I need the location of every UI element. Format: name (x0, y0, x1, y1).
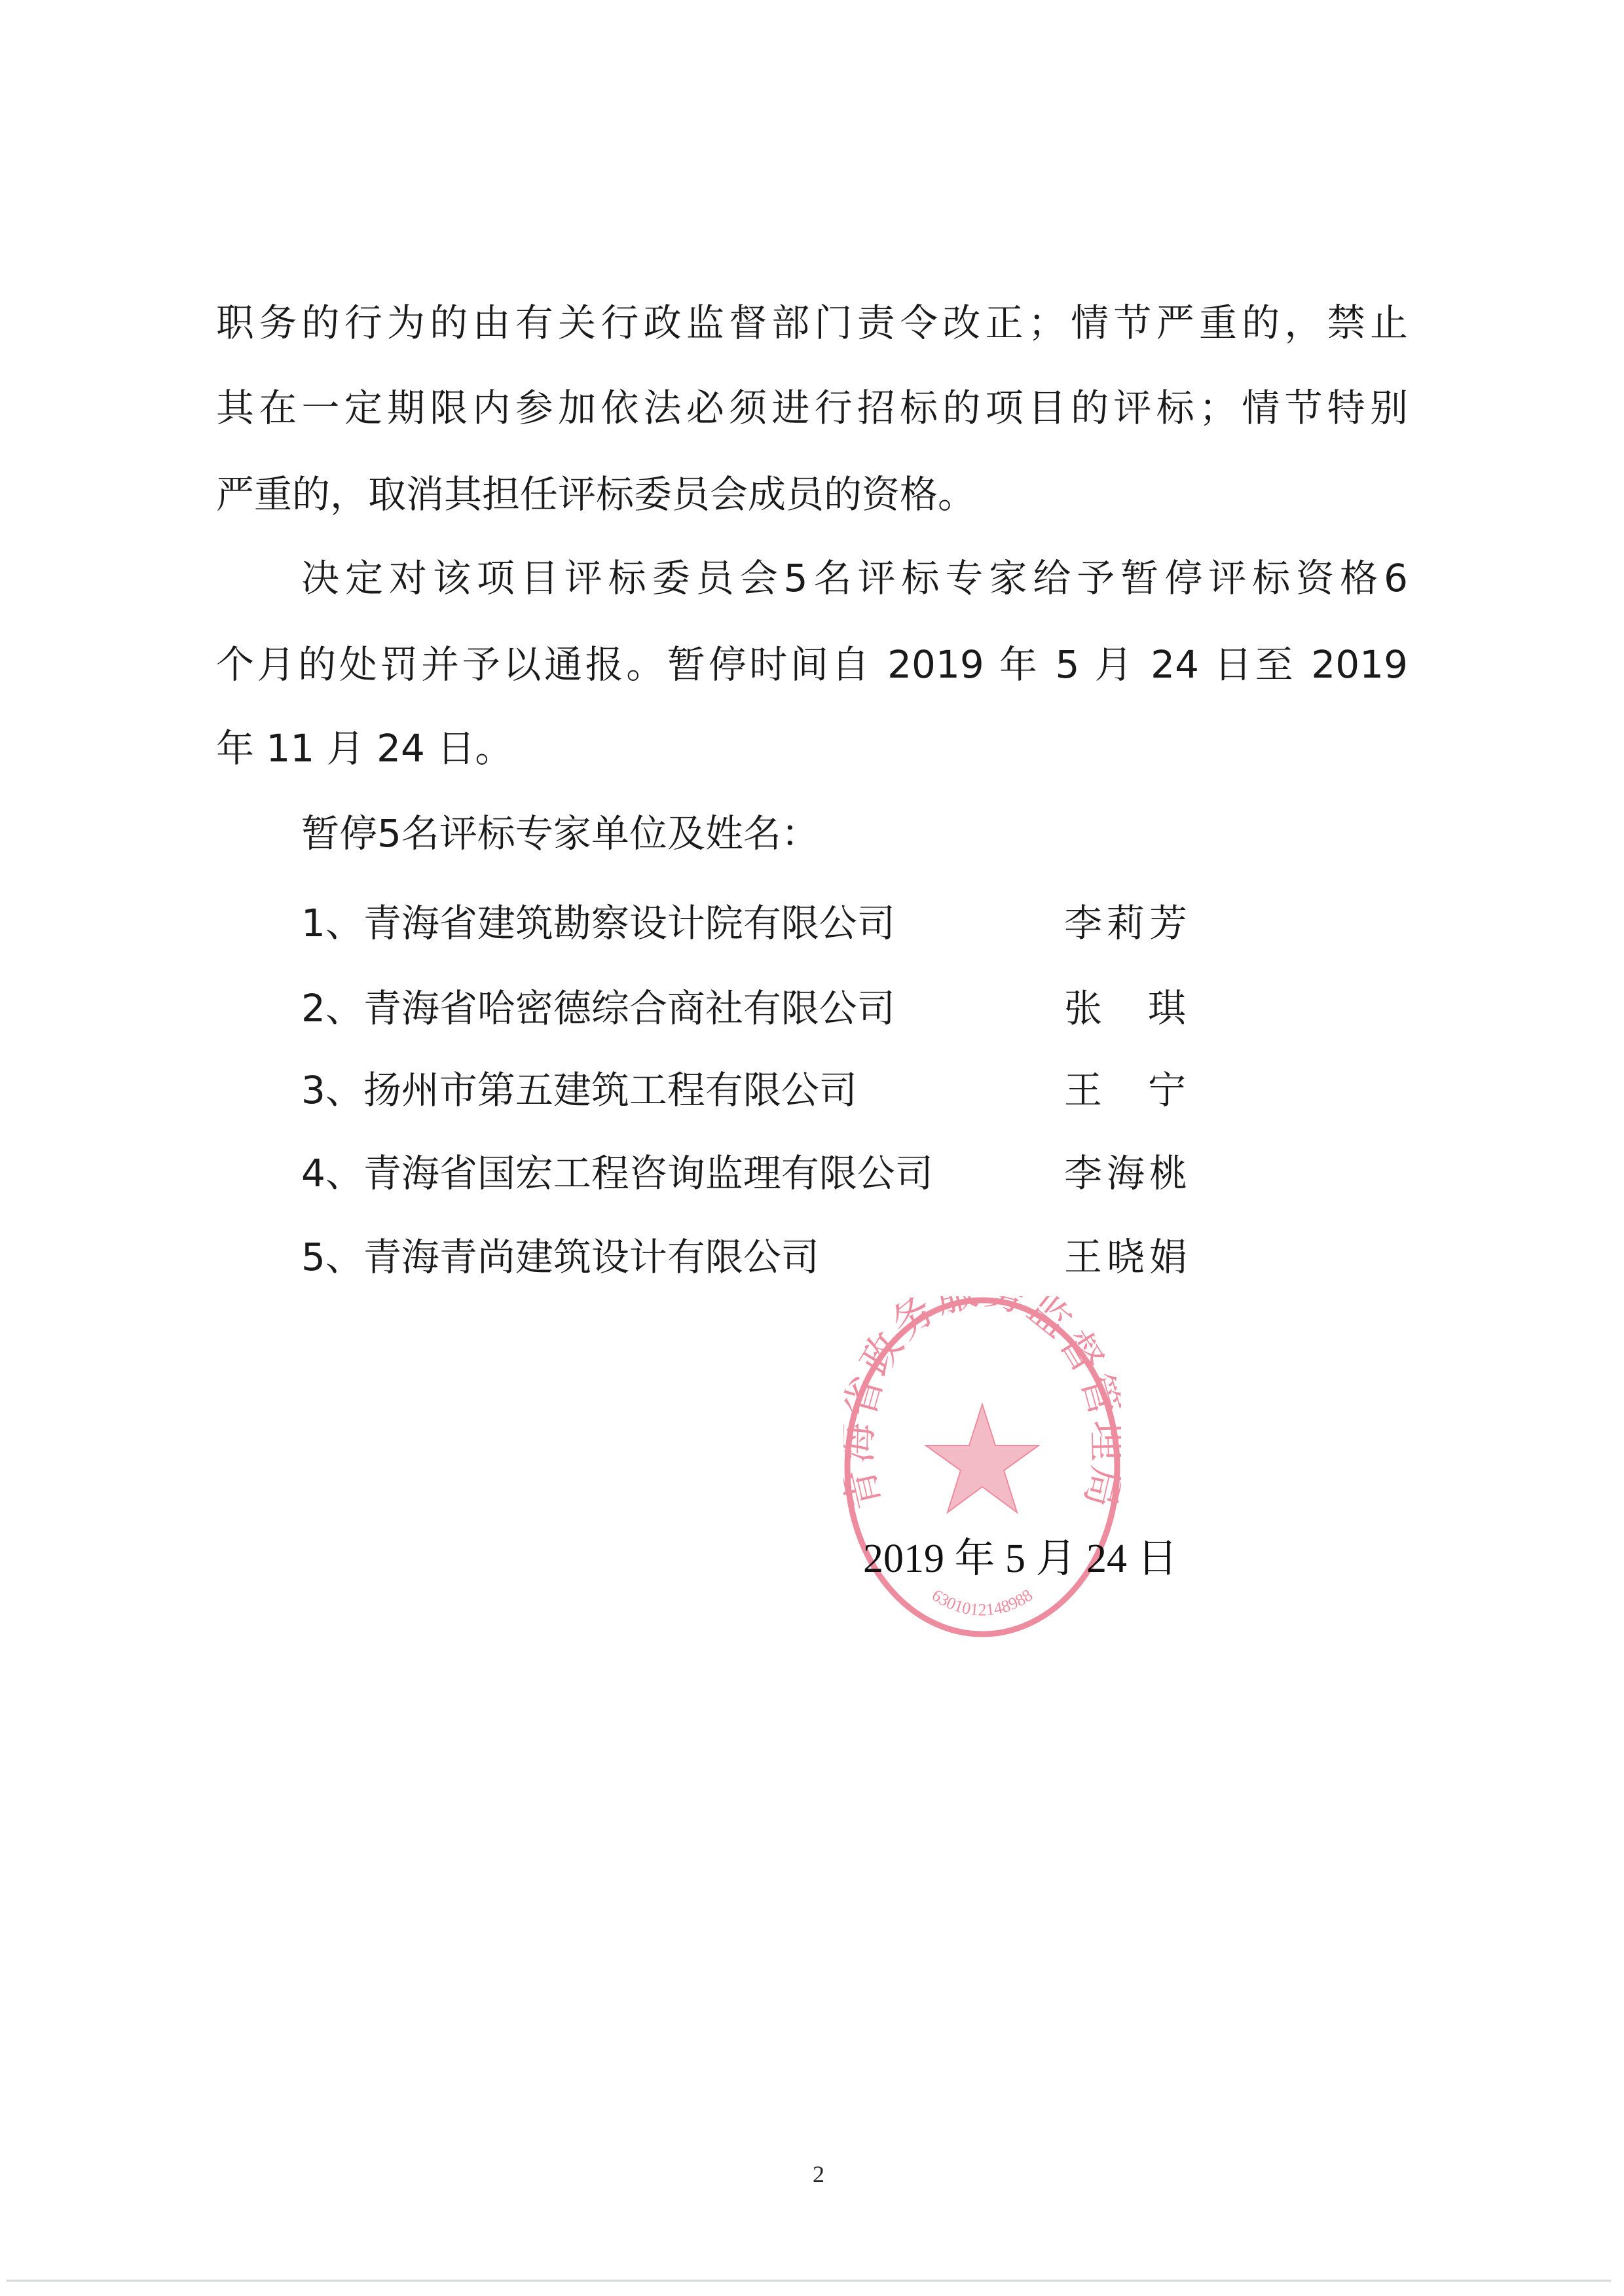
paragraph-1-line-2: 其在一定期限内参加依法必须进行招标的项目的评标；情节特别 (216, 386, 1408, 429)
expert-company: 2、青海省哈密德综合商社有限公司 (301, 987, 895, 1030)
expert-name-text: 王宁 (1064, 1068, 1232, 1112)
expert-name: 张琪 (1064, 987, 1187, 1030)
expert-company: 4、青海省国宏工程咨询监理有限公司 (301, 1152, 933, 1195)
paragraph-2-line-3: 年 11 月 24 日。 (216, 727, 513, 770)
expert-company: 3、扬州市第五建筑工程有限公司 (301, 1068, 857, 1112)
official-seal: 青海省政务服务监督管理局 6301012148988 (843, 1296, 1121, 1639)
scan-edge-divider (7, 2280, 1611, 2282)
paragraph-1-line-3: 严重的，取消其担任评标委员会成员的资格。 (216, 473, 976, 516)
seal-serial: 6301012148988 (929, 1586, 1036, 1620)
list-heading: 暂停5名评标专家单位及姓名： (301, 812, 819, 855)
expert-name: 李莉芳 (1064, 902, 1187, 945)
expert-name: 王晓娟 (1064, 1235, 1187, 1279)
expert-company: 5、青海青尚建筑设计有限公司 (301, 1235, 819, 1279)
expert-company: 1、青海省建筑勘察设计院有限公司 (301, 902, 895, 945)
paragraph-2-line-2: 个月的处罚并予以通报。暂停时间自 2019 年 5 月 24 日至 2019 (216, 643, 1408, 686)
expert-name-text: 张琪 (1064, 986, 1232, 1030)
document-date: 2019 年 5 月 24 日 (863, 1536, 1126, 1582)
page-number: 2 (805, 2160, 832, 2188)
expert-name: 李海桃 (1064, 1152, 1187, 1195)
document-page: 职务的行为的由有关行政监督部门责令改正；情节严重的，禁止 其在一定期限内参加依法… (0, 0, 1624, 2296)
expert-name: 王宁 (1064, 1068, 1187, 1112)
paragraph-1-line-1: 职务的行为的由有关行政监督部门责令改正；情节严重的，禁止 (216, 301, 1408, 344)
paragraph-2-line-1: 决定对该项目评标委员会5名评标专家给予暂停评标资格6 (301, 556, 1408, 600)
star-icon (926, 1404, 1039, 1512)
